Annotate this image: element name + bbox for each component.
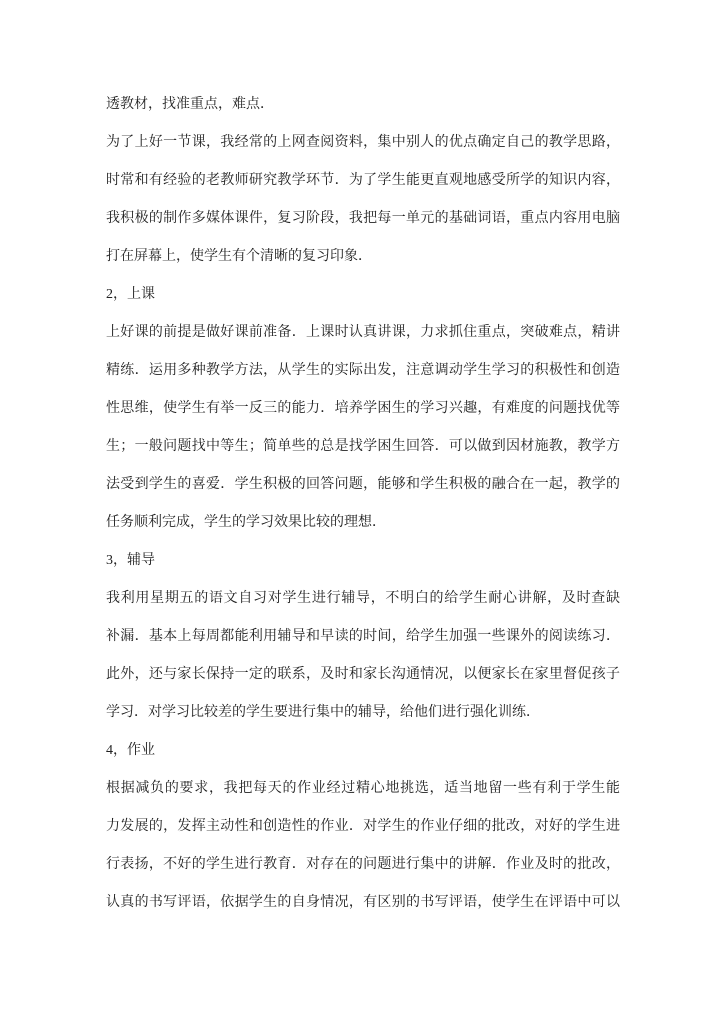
text-line: 3，辅导 — [106, 542, 620, 580]
text-line: 我积极的制作多媒体课件，复习阶段，我把每一单元的基础词语，重点内容用电脑 — [106, 200, 620, 238]
text-line: 学习．对学习比较差的学生要进行集中的辅导，给他们进行强化训练． — [106, 694, 620, 732]
text-line: 性思维，使学生有举一反三的能力．培养学困生的学习兴趣，有难度的问题找优等 — [106, 390, 620, 428]
text-line: 法受到学生的喜爱．学生积极的回答问题，能够和学生积极的融合在一起，教学的 — [106, 466, 620, 504]
text-line: 行表扬，不好的学生进行教育．对存在的问题进行集中的讲解．作业及时的批改， — [106, 846, 620, 884]
text-line: 力发展的，发挥主动性和创造性的作业．对学生的作业仔细的批改，对好的学生进 — [106, 808, 620, 846]
text-line: 2，上课 — [106, 276, 620, 314]
text-line: 打在屏幕上，使学生有个清晰的复习印象． — [106, 238, 620, 276]
text-line: 认真的书写评语，依据学生的自身情况，有区别的书写评语，使学生在评语中可以 — [106, 884, 620, 922]
paragraph: 4，作业 — [106, 732, 620, 770]
text-line: 此外，还与家长保持一定的联系，及时和家长沟通情况，以便家长在家里督促孩子 — [106, 656, 620, 694]
text-line: 透教材，找准重点，难点． — [106, 86, 620, 124]
paragraph: 2，上课 — [106, 276, 620, 314]
paragraph: 根据减负的要求，我把每天的作业经过精心地挑选，适当地留一些有利于学生能力发展的，… — [106, 770, 620, 922]
paragraph: 我利用星期五的语文自习对学生进行辅导，不明白的给学生耐心讲解，及时查缺补漏．基本… — [106, 580, 620, 732]
document-text-block: 透教材，找准重点，难点．为了上好一节课，我经常的上网查阅资料，集中别人的优点确定… — [106, 86, 620, 922]
paragraph: 3，辅导 — [106, 542, 620, 580]
text-line: 上好课的前提是做好课前准备．上课时认真讲课，力求抓住重点，突破难点，精讲 — [106, 314, 620, 352]
paragraph: 为了上好一节课，我经常的上网查阅资料，集中别人的优点确定自己的教学思路，时常和有… — [106, 124, 620, 276]
document-page: 透教材，找准重点，难点．为了上好一节课，我经常的上网查阅资料，集中别人的优点确定… — [0, 0, 721, 1020]
text-line: 时常和有经验的老教师研究教学环节．为了学生能更直观地感受所学的知识内容， — [106, 162, 620, 200]
text-line: 为了上好一节课，我经常的上网查阅资料，集中别人的优点确定自己的教学思路， — [106, 124, 620, 162]
text-line: 补漏．基本上每周都能利用辅导和早读的时间，给学生加强一些课外的阅读练习． — [106, 618, 620, 656]
paragraph: 透教材，找准重点，难点． — [106, 86, 620, 124]
paragraph: 上好课的前提是做好课前准备．上课时认真讲课，力求抓住重点，突破难点，精讲精练．运… — [106, 314, 620, 542]
text-line: 我利用星期五的语文自习对学生进行辅导，不明白的给学生耐心讲解，及时查缺 — [106, 580, 620, 618]
text-line: 4，作业 — [106, 732, 620, 770]
text-line: 精练．运用多种教学方法，从学生的实际出发，注意调动学生学习的积极性和创造 — [106, 352, 620, 390]
text-line: 根据减负的要求，我把每天的作业经过精心地挑选，适当地留一些有利于学生能 — [106, 770, 620, 808]
text-line: 任务顺利完成，学生的学习效果比较的理想． — [106, 504, 620, 542]
text-line: 生；一般问题找中等生；简单些的总是找学困生回答．可以做到因材施教，教学方 — [106, 428, 620, 466]
